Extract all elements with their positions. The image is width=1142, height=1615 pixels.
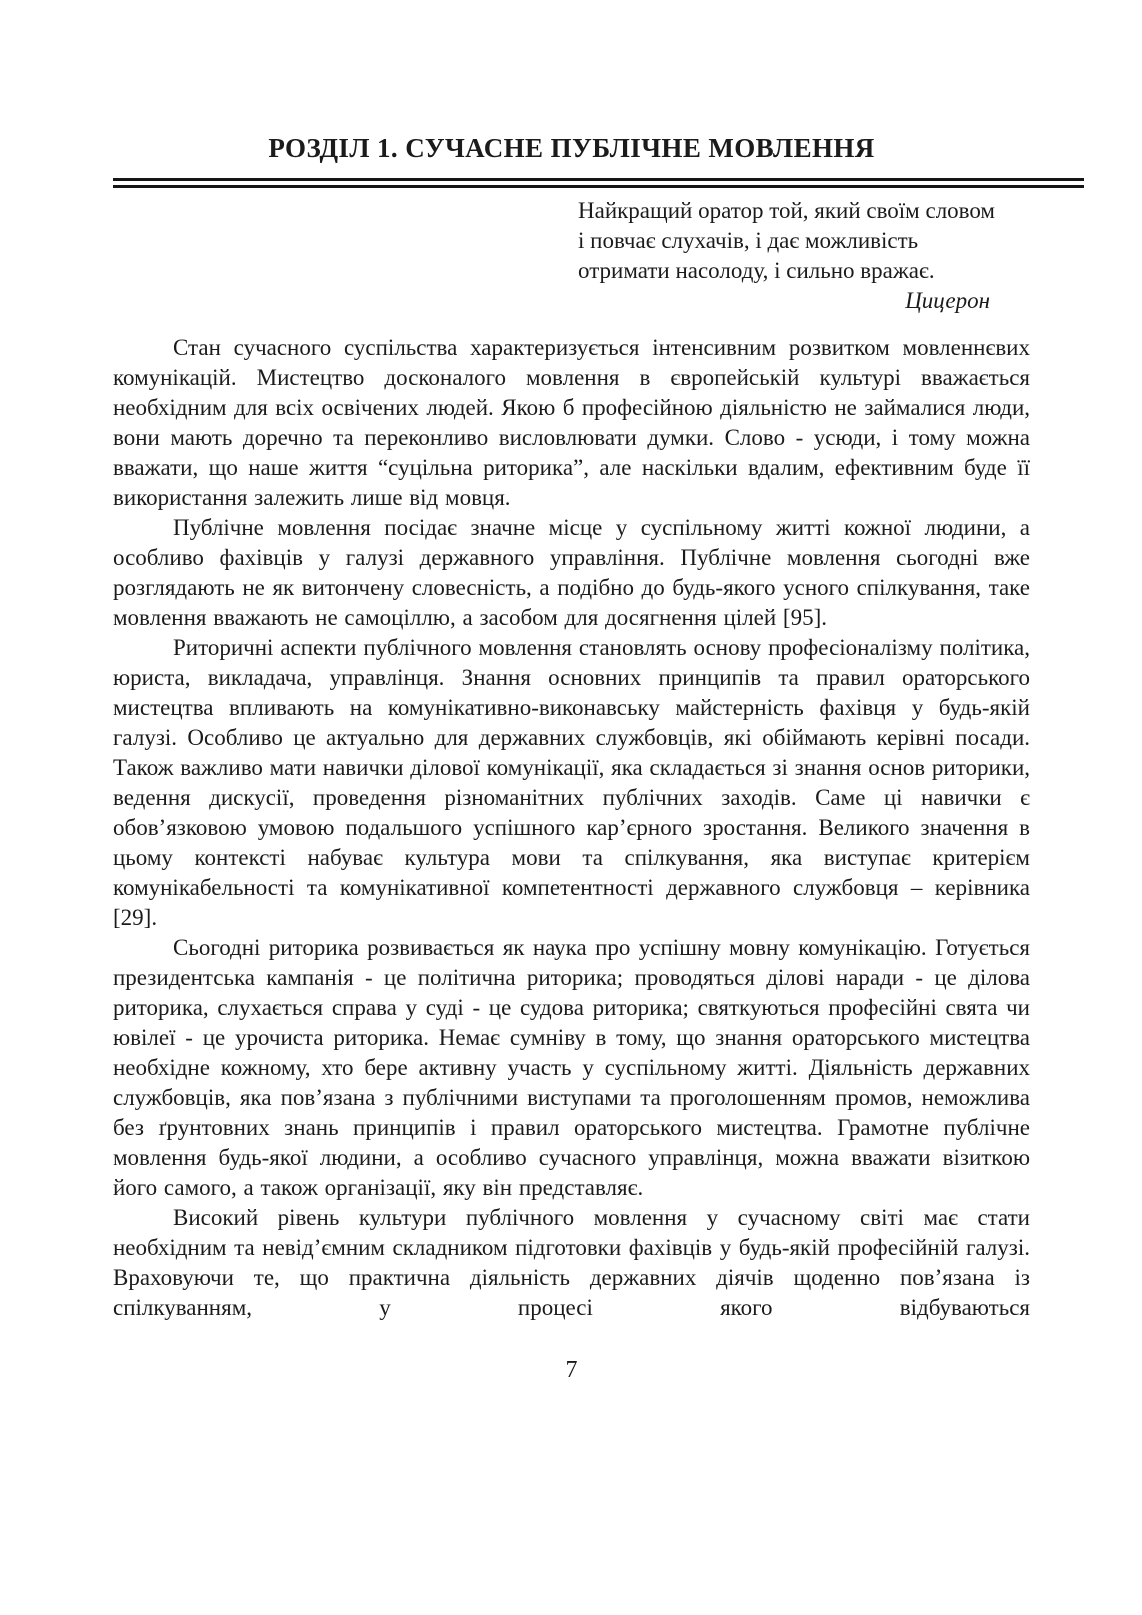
paragraph: Стан сучасного суспільства характеризуєт… bbox=[113, 333, 1030, 513]
epigraph-author: Цицерон bbox=[578, 286, 990, 316]
epigraph-line: отримати насолоду, і сильно вражає. bbox=[578, 256, 990, 286]
chapter-title: РОЗДІЛ 1. СУЧАСНЕ ПУБЛІЧНЕ МОВЛЕННЯ bbox=[113, 131, 1030, 165]
paragraph: Високий рівень культури публічного мовле… bbox=[113, 1203, 1030, 1323]
epigraph: Найкращий оратор той, який своїм словом … bbox=[578, 196, 990, 316]
document-page: РОЗДІЛ 1. СУЧАСНЕ ПУБЛІЧНЕ МОВЛЕННЯ Найк… bbox=[0, 0, 1142, 1615]
body-text: Стан сучасного суспільства характеризуєт… bbox=[113, 333, 1030, 1323]
paragraph: Риторичні аспекти публічного мовлення ст… bbox=[113, 633, 1030, 933]
epigraph-line: і повчає слухачів, і дає можливість bbox=[578, 226, 990, 256]
paragraph: Публічне мовлення посідає значне місце у… bbox=[113, 513, 1030, 633]
paragraph: Сьогодні риторика розвивається як наука … bbox=[113, 933, 1030, 1203]
page-number: 7 bbox=[113, 1355, 1030, 1385]
title-divider-rule bbox=[113, 178, 1084, 188]
text-block: РОЗДІЛ 1. СУЧАСНЕ ПУБЛІЧНЕ МОВЛЕННЯ Найк… bbox=[0, 0, 1142, 1385]
epigraph-line: Найкращий оратор той, який своїм словом bbox=[578, 196, 990, 226]
